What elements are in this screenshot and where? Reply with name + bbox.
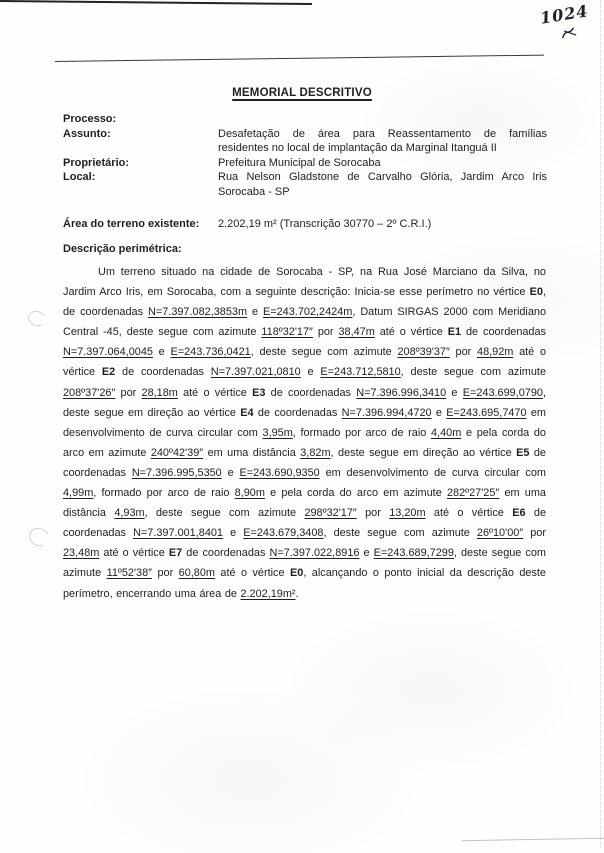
meta-row: Processo: (63, 112, 547, 127)
vertex-label: E7 (169, 547, 182, 559)
meta-value: Rua Nelson Gladstone de Carvalho Glória,… (218, 170, 547, 199)
description-heading: Descrição perimétrica: (63, 243, 182, 255)
description-text: , deste segue em direção ao vértice (331, 447, 517, 459)
meta-section: Processo:Assunto:Desafetação de área par… (63, 112, 547, 231)
survey-value: E=243.690,9350 (239, 467, 319, 479)
meta-label: Assunto: (63, 127, 218, 156)
description-text: e pela corda do arco em azimute (265, 487, 447, 499)
vertex-label: E5 (516, 447, 529, 459)
survey-value: 8,90m (235, 487, 265, 499)
survey-value: N=7.396.996,3410 (356, 387, 446, 399)
survey-value: 38,47m (338, 326, 374, 338)
vertex-label: E3 (252, 387, 265, 399)
vertex-label: E1 (448, 326, 461, 338)
survey-value: 13,20m (389, 507, 425, 519)
survey-value: N=7.396.995,5350 (132, 467, 222, 479)
survey-value: 240º42'39″ (151, 447, 203, 459)
description-text: por (313, 326, 339, 338)
description-text: e (222, 467, 240, 479)
meta-value-line: Sorocaba - SP (218, 185, 547, 200)
meta-label: Proprietário: (63, 156, 218, 171)
description-text: de coordenadas (461, 326, 546, 338)
survey-value: 208º37'26″ (63, 387, 115, 399)
scan-top-edge-artifact (0, 0, 312, 5)
survey-value: E=243.736,0421 (170, 346, 250, 358)
survey-value: 208º39'37″ (397, 346, 449, 358)
meta-row: Proprietário:Prefeitura Municipal de Sor… (63, 156, 547, 171)
description-text: em desenvolvimento de curva circular com (320, 467, 546, 479)
description-text: , formado por arco de raio (293, 427, 431, 439)
description-text: de coordenadas (254, 407, 342, 419)
pencil-circle-mark-icon (26, 525, 52, 550)
meta-value-line: Rua Nelson Gladstone de Carvalho Glória,… (218, 170, 547, 185)
description-text: de coordenadas (182, 547, 269, 559)
survey-value: E=243.679,3408 (243, 527, 323, 539)
description-text: e (153, 346, 171, 358)
meta-row: Local:Rua Nelson Gladstone de Carvalho G… (63, 170, 547, 199)
description-text: e (223, 527, 243, 539)
scan-right-edge-artifact (600, 0, 601, 848)
description-text: e (432, 407, 447, 419)
survey-value: N=7.397.021,0810 (211, 366, 301, 378)
survey-value: 298º32'17″ (304, 507, 356, 519)
description-text: , deste segue com azimute (251, 346, 398, 358)
survey-value: 60,80m (179, 567, 215, 579)
meta-value: 2.202,19 m² (Transcrição 30770 – 2º C.R.… (218, 217, 547, 232)
description-text: . (296, 588, 299, 600)
description-paragraph: Um terreno situado na cidade de Sorocaba… (63, 262, 546, 604)
description-text: até o vértice (178, 387, 252, 399)
survey-value: 4,40m (431, 427, 461, 439)
survey-value: E=243.699,0790 (463, 387, 543, 399)
pencil-circle-mark-icon (26, 309, 48, 329)
survey-value: E=243.702,2424m (263, 306, 352, 318)
survey-value: 3,82m (300, 447, 330, 459)
survey-value: N=7.397.082,3853m (148, 306, 247, 318)
description-text: e (247, 306, 263, 318)
meta-row: Área do terreno existente:2.202,19 m² (T… (63, 217, 547, 232)
vertex-label: E0 (290, 567, 303, 579)
vertex-label: E4 (240, 407, 253, 419)
description-text: por (450, 346, 477, 358)
handwritten-page-number: 1024 (539, 1, 590, 27)
survey-value: N=7.396.994,4720 (342, 407, 432, 419)
vertex-label: E2 (102, 366, 115, 378)
description-text: de coordenadas (265, 387, 356, 399)
description-text: , deste segue com azimute (323, 527, 476, 539)
description-text: por (523, 527, 546, 539)
meta-value-line: Prefeitura Municipal de Sorocaba (218, 156, 547, 171)
scan-bottom-edge-artifact (462, 838, 604, 841)
survey-value: 48,92m (477, 346, 513, 358)
header-rule (55, 55, 544, 62)
survey-value: N=7.397.064,0045 (63, 346, 153, 358)
meta-label: Local: (63, 170, 218, 199)
page-title: MEMORIAL DESCRITIVO (0, 87, 604, 99)
description-text: , deste segue com azimute (145, 507, 305, 519)
description-text: , formado por arco de raio (93, 487, 234, 499)
survey-value: 282º27'25″ (447, 487, 499, 499)
description-text: por (152, 567, 179, 579)
survey-value: 2.202,19m² (240, 588, 295, 600)
description-text: por (115, 387, 141, 399)
survey-value: 4,99m (63, 487, 93, 499)
survey-value: E=243.712,5810 (320, 366, 400, 378)
survey-value: N=7.397.022,8916 (270, 547, 360, 559)
meta-row: Assunto:Desafetação de área para Reassen… (63, 127, 547, 156)
description-text: por (357, 507, 389, 519)
description-text: até o vértice (375, 326, 448, 338)
meta-value (218, 112, 547, 127)
meta-value-line: Desafetação de área para Reassentamento … (218, 127, 547, 142)
survey-value: 11º52'38″ (107, 567, 152, 579)
document-page: 1024 MEMORIAL DESCRITIVO Processo:Assunt… (0, 0, 604, 853)
meta-value: Desafetação de área para Reassentamento … (218, 127, 547, 156)
description-text: até o vértice (426, 507, 513, 519)
description-text: e (301, 366, 321, 378)
survey-value: E=243.689,7299 (374, 547, 454, 559)
survey-value: 3,95m (263, 427, 293, 439)
meta-label: Processo: (63, 112, 218, 127)
description-text: , deste segue com azimute (401, 366, 546, 378)
description-text: até o vértice (215, 567, 290, 579)
survey-value: 118º32'17″ (261, 326, 313, 338)
survey-value: N=7.397.001,8401 (133, 527, 223, 539)
description-text: e (359, 547, 373, 559)
description-text: até o vértice (99, 547, 169, 559)
meta-value: Prefeitura Municipal de Sorocaba (218, 156, 547, 171)
description-text: em uma distância (203, 447, 300, 459)
pen-flourish-icon (559, 24, 581, 41)
meta-label: Área do terreno existente: (63, 217, 218, 232)
meta-value-line: residentes no local de implantação da Ma… (218, 141, 547, 156)
vertex-label: E6 (512, 507, 525, 519)
meta-value-line: 2.202,19 m² (Transcrição 30770 – 2º C.R.… (218, 217, 547, 232)
survey-value: E=243.695,7470 (446, 407, 526, 419)
survey-value: 28,18m (142, 387, 178, 399)
survey-value: 23,48m (63, 547, 99, 559)
survey-value: 4,93m (114, 507, 144, 519)
survey-value: 26º10'00″ (477, 527, 523, 539)
description-text: de coordenadas (115, 366, 211, 378)
vertex-label: E0 (530, 286, 543, 298)
description-text: Um terreno situado na cidade de Sorocaba… (63, 266, 546, 298)
description-text: e (446, 387, 463, 399)
